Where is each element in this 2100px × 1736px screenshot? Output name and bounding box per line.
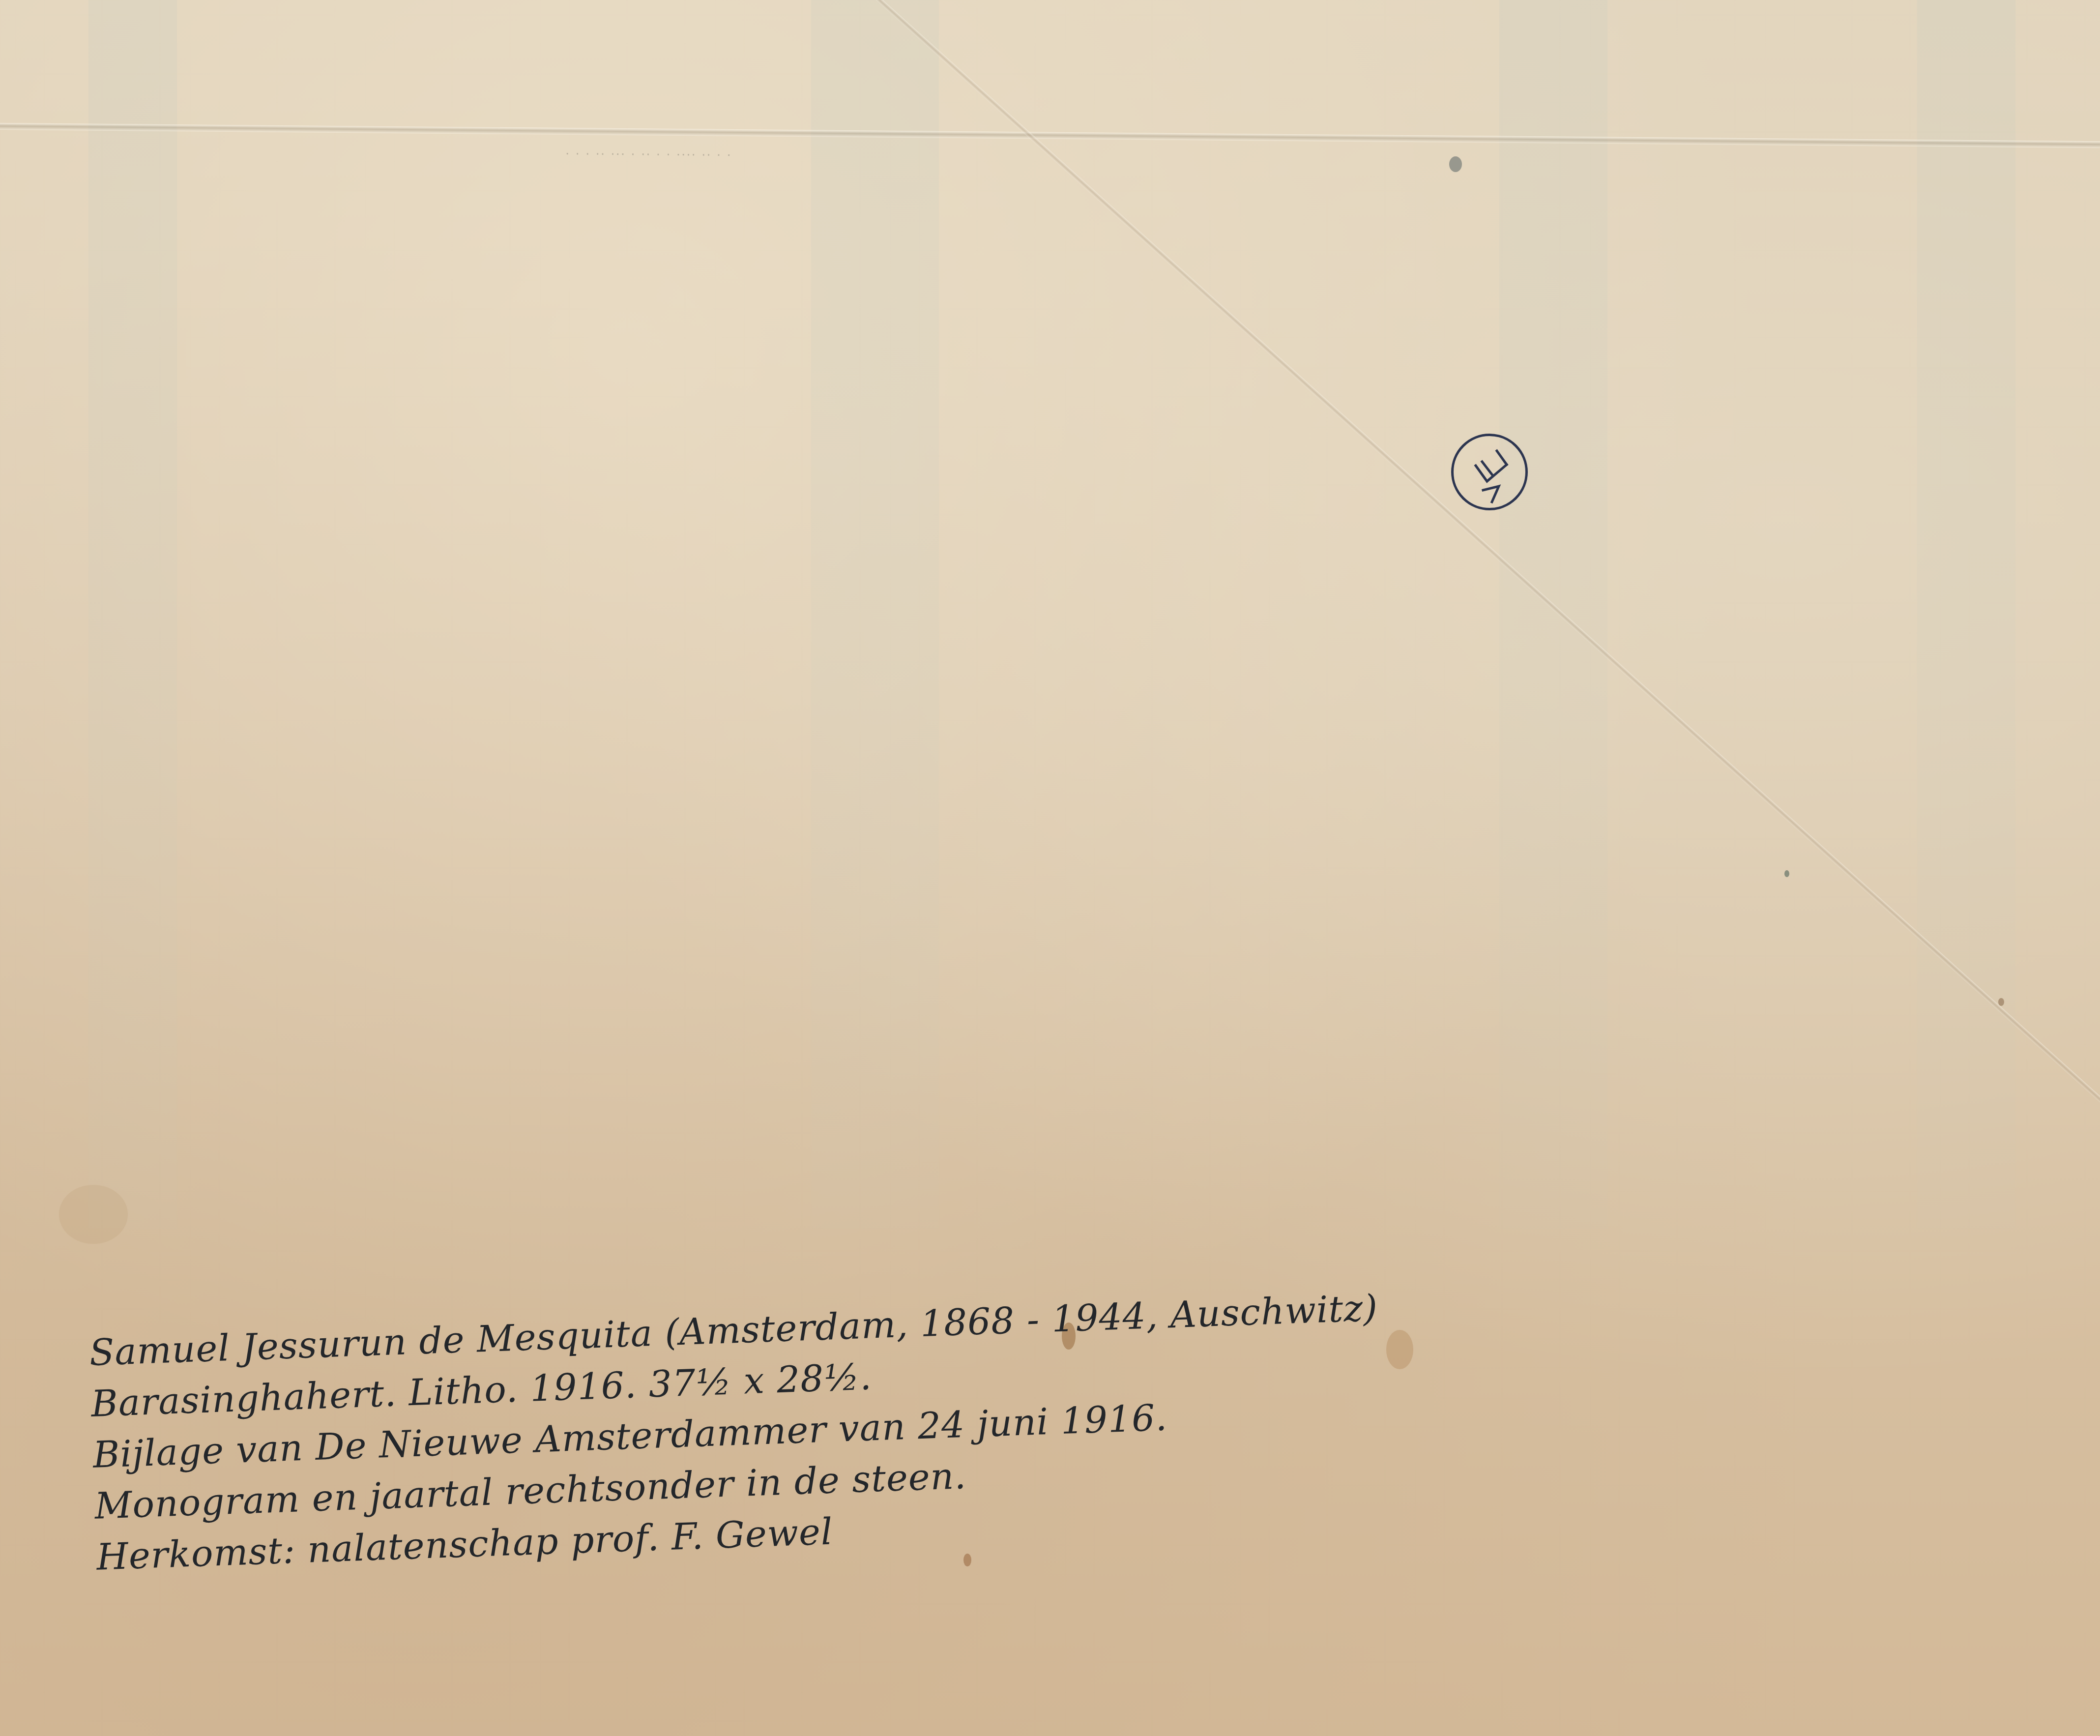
stain-spot	[1784, 870, 1789, 877]
horizontal-fold-crease	[0, 123, 2100, 148]
bleed-through-band	[1917, 0, 2015, 1229]
bleed-through-band	[811, 0, 939, 1229]
stain-spot	[1998, 998, 2004, 1006]
collector-mark-stamp-icon	[1451, 434, 1528, 510]
bleed-through-band	[88, 0, 177, 1229]
collector-mark-glyph-icon	[1454, 436, 1525, 508]
diagonal-fold-crease	[859, 0, 2100, 1169]
stain-spot	[963, 1554, 971, 1566]
stain-spot	[1449, 156, 1462, 172]
stain-spot	[59, 1185, 128, 1244]
document-sheet: · · · ·· ··· · ·· · · ···· ·· · · Samuel…	[0, 0, 2100, 1736]
bleed-through-band	[1499, 0, 1607, 1229]
handwritten-provenance-note: Samuel Jessurun de Mesquita (Amsterdam, …	[88, 1271, 1719, 1583]
bleed-through-text: · · · ·· ··· · ·· · · ···· ·· · ·	[565, 147, 732, 163]
